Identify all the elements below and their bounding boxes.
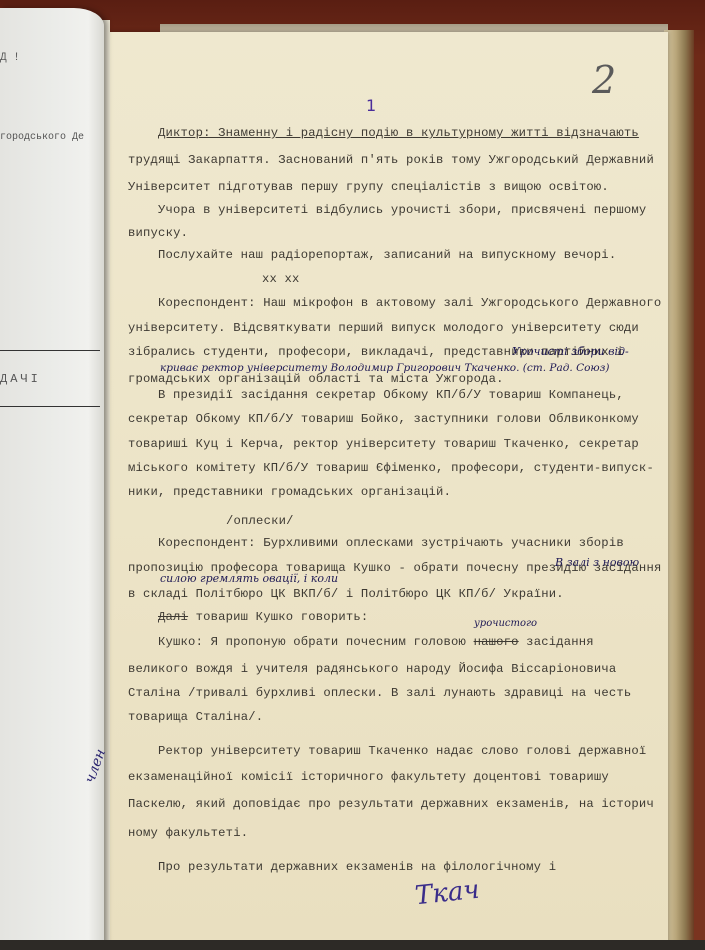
text-line: Далі товариш Кушко говорить: bbox=[158, 610, 368, 624]
text-line: /оплески/ bbox=[226, 514, 294, 528]
text-line: ному факультеті. bbox=[128, 826, 248, 840]
page-number: 1 bbox=[366, 96, 376, 115]
folio-number: 2 bbox=[592, 58, 616, 102]
text-line: Кушко: Я пропоную обрати почесним голово… bbox=[158, 635, 594, 649]
text-line: університету. Відсвяткувати перший випус… bbox=[128, 321, 639, 335]
handwritten-insert: криває ректор університету Володимир Гри… bbox=[160, 362, 610, 374]
left-page-curl: Д ! городського Де ДАЧІ bbox=[0, 8, 104, 950]
text-line: Кореспондент: Наш мікрофон в актовому за… bbox=[158, 296, 661, 310]
text-line: товарища Сталіна/. bbox=[128, 710, 263, 724]
text-line: Учора в університеті відбулись урочисті … bbox=[158, 203, 646, 217]
text-line: Сталіна /тривалі бурхливі оплески. В зал… bbox=[128, 686, 631, 700]
left-page-rule bbox=[0, 350, 100, 351]
handwritten-insert: В залі з новою bbox=[555, 556, 639, 569]
handwritten-insert: Урочисті збори від- bbox=[512, 345, 629, 358]
text-line: Ректор університету товариш Ткаченко над… bbox=[158, 744, 646, 758]
text-line: xx xx bbox=[262, 272, 300, 286]
bottom-shadow bbox=[0, 940, 705, 950]
text-line: В президії засідання секретар Обкому КП/… bbox=[158, 388, 624, 402]
text-line: випуску. bbox=[128, 226, 188, 240]
text-line: Паскелю, який доповідає про результати д… bbox=[128, 797, 654, 811]
handwritten-insert: урочистого bbox=[474, 618, 537, 629]
text-line: Про результати державних екзаменів на фі… bbox=[158, 860, 556, 874]
text-line: Університет підготував першу групу спеці… bbox=[128, 180, 609, 194]
text-line: екзаменаційної комісії історичного факул… bbox=[128, 770, 609, 784]
page-stack-edge bbox=[664, 30, 694, 944]
text-line: громадських організацій області та міста… bbox=[128, 372, 504, 386]
text-line: Кореспондент: Бурхливими оплесками зустр… bbox=[158, 536, 624, 550]
text-line: в складі Політбюро ЦК ВКП/б/ і Політбюро… bbox=[128, 587, 564, 601]
text-line: Послухайте наш радіорепортаж, записаний … bbox=[158, 248, 616, 262]
text-line: міського комітету КП/б/У товариш Єфіменк… bbox=[128, 461, 654, 475]
text-line: секретар Обкому КП/б/У товариш Бойко, за… bbox=[128, 412, 639, 426]
left-page-fragment: городського Де bbox=[0, 132, 104, 143]
text-line: трудящі Закарпаття. Заснований п'ять рок… bbox=[128, 153, 654, 167]
text-line: товариші Куц і Керча, ректор університет… bbox=[128, 437, 639, 451]
text-line: Диктор: Знаменну і радісну подію в культ… bbox=[158, 126, 639, 140]
text-line: ники, представники громадських організац… bbox=[128, 485, 451, 499]
text-line: великого вождя і учителя радянського нар… bbox=[128, 662, 616, 676]
left-page-fragment: Д ! bbox=[0, 52, 104, 64]
left-page-rule bbox=[0, 406, 100, 407]
left-page-fragment: ДАЧІ bbox=[0, 372, 104, 386]
handwritten-insert: силою гремлять овації, і коли bbox=[160, 572, 338, 585]
